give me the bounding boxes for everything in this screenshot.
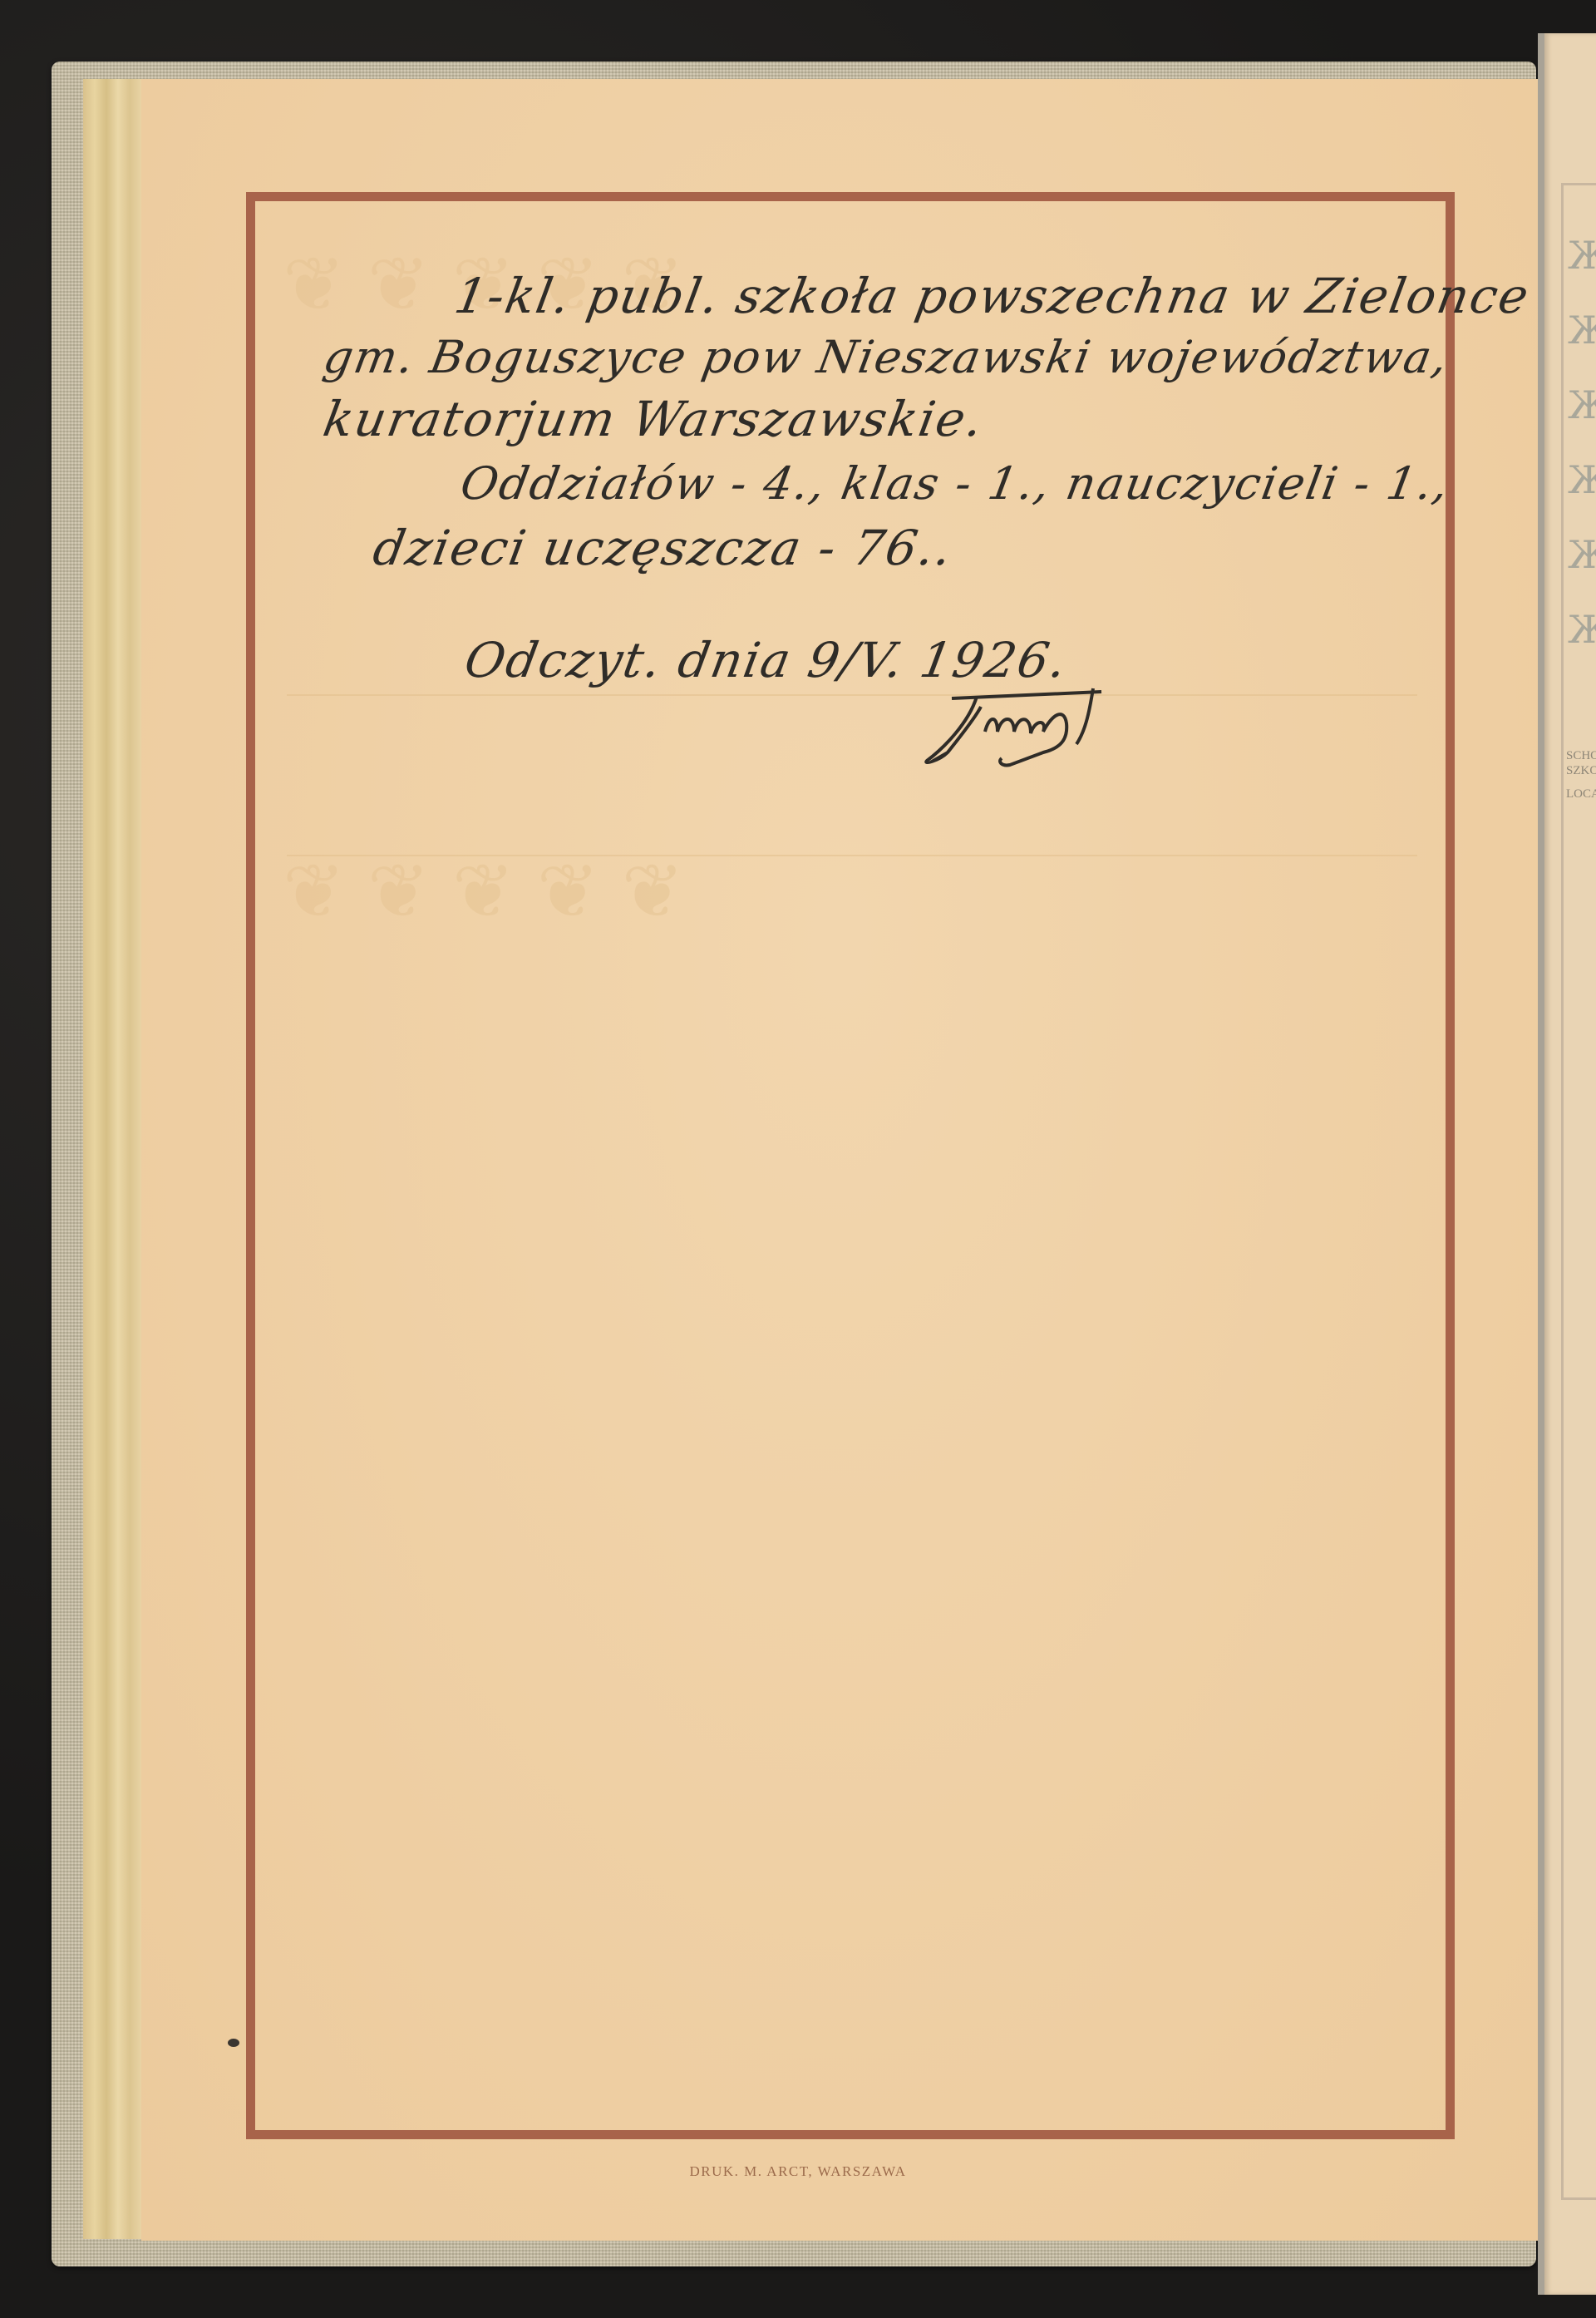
printer-imprint: DRUK. M. ARCT, WARSZAWA [0,2163,1596,2180]
ornament-icon: Ж [1568,382,1596,427]
ornament-icon: Ж [1568,457,1596,502]
facing-page-label: LOCA [1566,787,1596,801]
handwritten-line-3: kuratorjum Warszawskie. [319,391,988,447]
handwritten-line-4: Oddziałów - 4., klas - 1., nauczycieli -… [456,457,1454,510]
ornament-icon: Ж [1568,233,1596,278]
handwritten-line-1: 1-kl. publ. szkoła powszechna w Zielonce [451,268,1534,324]
page-edges [83,79,142,2239]
facing-page-label: SZKO [1566,763,1596,778]
signature-icon [919,682,1168,773]
facing-page-edge: Ж Ж Ж Ж Ж Ж SCHO SZKO LOCA [1538,33,1596,2295]
ornament-icon: Ж [1568,532,1596,577]
handwritten-line-2: gm. Boguszyce pow Nieszawski województwa… [319,331,1453,383]
ink-mark [228,2039,239,2047]
ornament-icon: Ж [1568,308,1596,353]
ornament-icon: Ж [1568,607,1596,652]
facing-page-label: SCHO [1566,748,1596,763]
handwritten-line-5: dzieci uczęszcza - 76.. [369,520,958,576]
date-line: Odczyt. dnia 9/V. 1926. [461,632,1072,688]
